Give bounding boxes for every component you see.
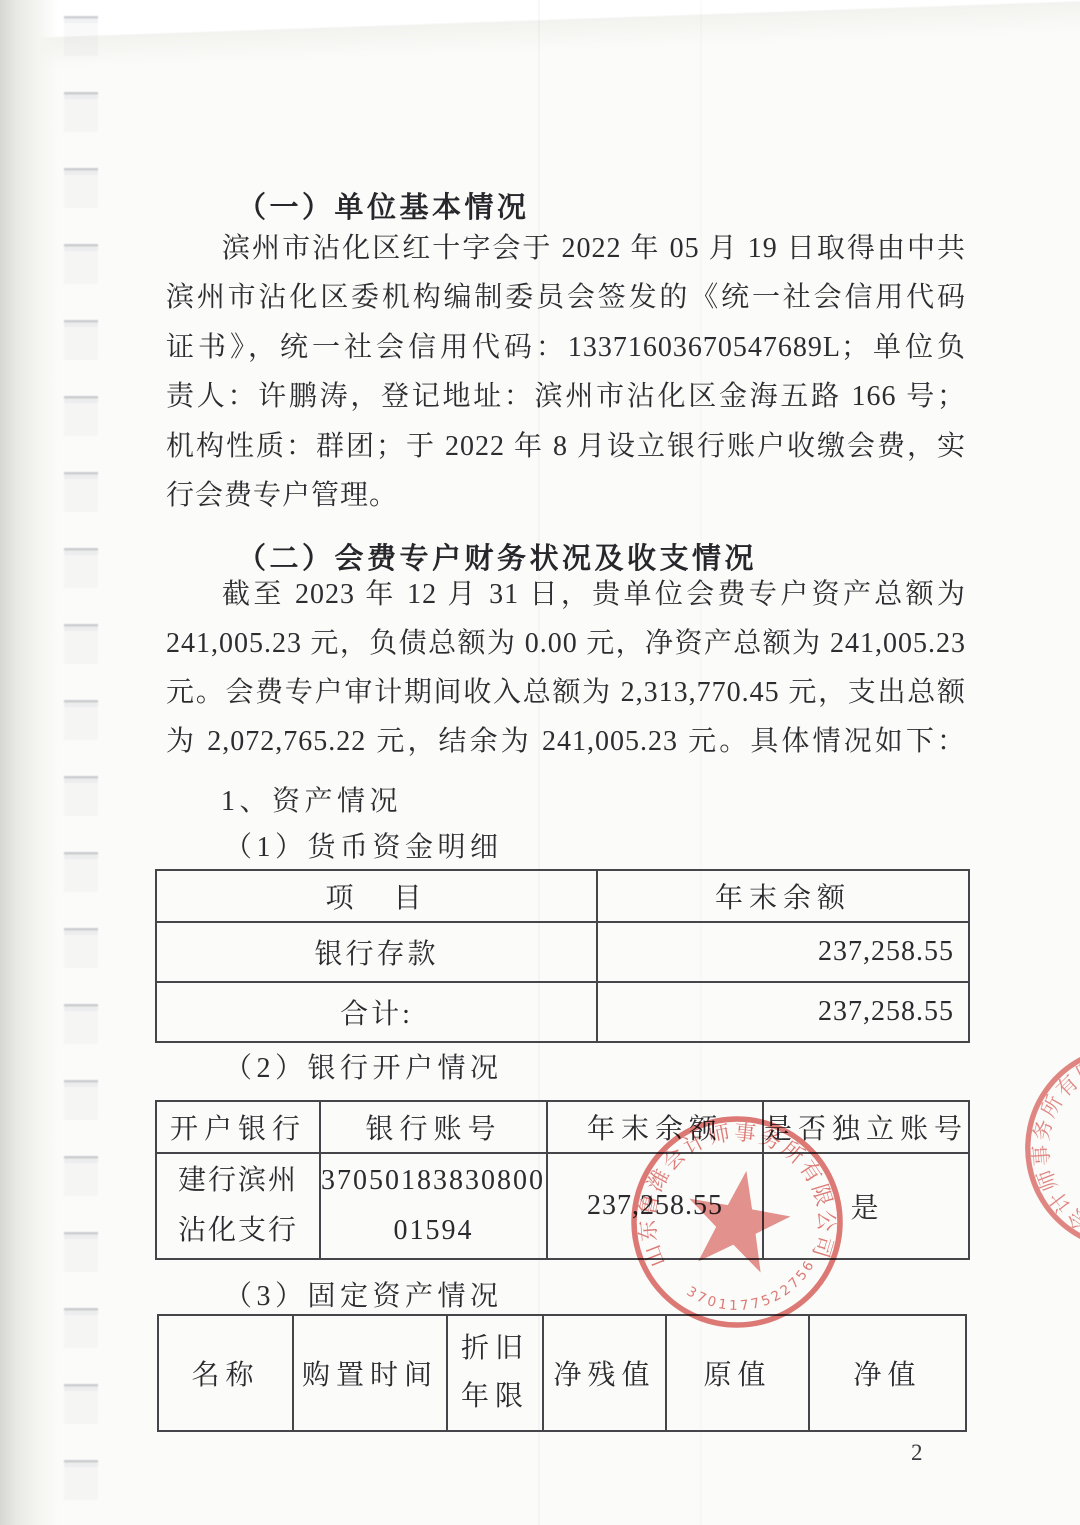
cell-balance: 237,258.55 xyxy=(597,922,969,982)
red-seal-stamp: 山东鲁潍会计师事务所有限公司 3701177522756 xyxy=(627,1112,847,1332)
cell-item: 银行存款 xyxy=(156,922,597,982)
text-line: 行会费专户管理。 xyxy=(166,471,966,520)
bank-account-table: 开户银行 银行账号 年末余额 是否独立账号 建行滨州 沾化支行 37050183… xyxy=(155,1100,970,1260)
section-heading-unit-info: （一）单位基本情况 xyxy=(237,185,530,226)
subheading-money-funds: （1）货币资金明细 xyxy=(224,825,503,865)
subheading-assets: 1、资产情况 xyxy=(221,779,402,819)
scanned-document-page: （一）单位基本情况 滨州市沾化区红十字会于 2022 年 05 月 19 日取得… xyxy=(0,0,1080,1525)
paragraph-finance-summary: 截至 2023 年 12 月 31 日，贵单位会费专户资产总额为 241,005… xyxy=(166,570,966,766)
table-row: 建行滨州 沾化支行 370501838308000 01594 237,258.… xyxy=(156,1153,969,1259)
col-header-depreciation-years: 折旧 年限 xyxy=(447,1315,543,1431)
col-header-item: 项 目 xyxy=(156,870,597,922)
cell-total-balance: 237,258.55 xyxy=(597,982,969,1042)
col-header-name: 名称 xyxy=(158,1315,293,1431)
page-number: 2 xyxy=(911,1440,923,1466)
text-line: 截至 2023 年 12 月 31 日，贵单位会费专户资产总额为 xyxy=(166,570,966,619)
text-line: 滨州市沾化区红十字会于 2022 年 05 月 19 日取得由中共 xyxy=(166,224,966,273)
seal-star-icon xyxy=(679,1162,797,1276)
col-header-bank: 开户银行 xyxy=(156,1101,320,1153)
red-seal-stamp-partial: 山东鲁潍会计师事务所有限公司 xyxy=(1004,1024,1080,1272)
subheading-fixed-assets: （3）固定资产情况 xyxy=(224,1274,503,1314)
table-row-total: 合计: 237,258.55 xyxy=(156,982,969,1042)
text-line: 为 2,072,765.22 元，结余为 241,005.23 元。具体情况如下… xyxy=(166,717,966,766)
text-line: 责人：许鹏涛，登记地址：滨州市沾化区金海五路 166 号； xyxy=(166,372,966,421)
table-row: 银行存款 237,258.55 xyxy=(156,922,969,982)
scan-top-shadow xyxy=(0,0,1080,110)
text-line: 241,005.23 元，负债总额为 0.00 元，净资产总额为 241,005… xyxy=(166,619,966,668)
text-line: 证书》，统一社会信用代码：13371603670547689L；单位负 xyxy=(166,323,966,372)
col-header-year-end-balance: 年末余额 xyxy=(597,870,969,922)
col-header-original-value: 原值 xyxy=(666,1315,809,1431)
col-header-account-number: 银行账号 xyxy=(320,1101,547,1153)
text-line: 机构性质：群团；于 2022 年 8 月设立银行账户收缴会费，实 xyxy=(166,422,966,471)
cell-bank-name: 建行滨州 沾化支行 xyxy=(156,1153,320,1259)
cell-account-number: 370501838308000 01594 xyxy=(320,1153,547,1259)
scan-left-edge xyxy=(0,0,58,1525)
text-line: 滨州市沾化区委机构编制委员会签发的《统一社会信用代码 xyxy=(166,273,966,322)
subheading-bank-accounts: （2）银行开户情况 xyxy=(224,1046,503,1086)
col-header-net-residual: 净残值 xyxy=(543,1315,666,1431)
col-header-purchase-date: 购置时间 xyxy=(293,1315,447,1431)
text-line: 元。会费专户审计期间收入总额为 2,313,770.45 元，支出总额 xyxy=(166,668,966,717)
paragraph-unit-info: 滨州市沾化区红十字会于 2022 年 05 月 19 日取得由中共 滨州市沾化区… xyxy=(166,224,966,520)
col-header-net-value: 净值 xyxy=(809,1315,966,1431)
cell-total-label: 合计: xyxy=(156,982,597,1042)
table-header-row: 名称 购置时间 折旧 年限 净残值 原值 净值 xyxy=(158,1315,966,1431)
binding-holes xyxy=(64,16,98,1511)
money-funds-table: 项 目 年末余额 银行存款 237,258.55 合计: 237,258.55 xyxy=(155,869,970,1043)
table-header-row: 项 目 年末余额 xyxy=(156,870,969,922)
table-header-row: 开户银行 银行账号 年末余额 是否独立账号 xyxy=(156,1101,969,1153)
